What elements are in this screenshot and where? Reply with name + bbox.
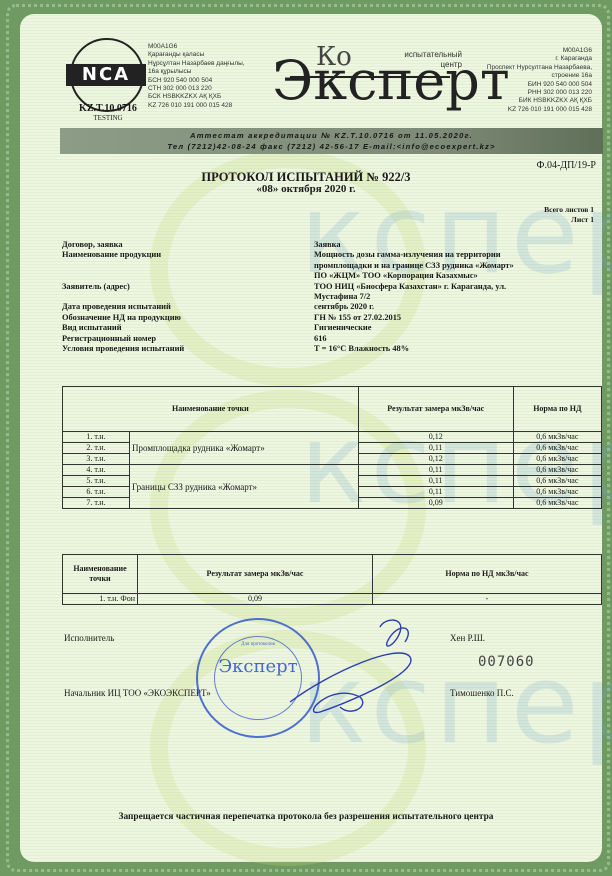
logo-subtitle-line: испытательный: [404, 50, 462, 60]
info-value: ГН № 155 от 27.02.2015: [314, 313, 582, 323]
info-value: Т = 16°С Влажность 48%: [314, 344, 582, 354]
logo-big-text: Эксперт: [272, 54, 510, 108]
col-header: Наименование точки: [63, 387, 359, 432]
result-cell: 0,11: [358, 476, 513, 487]
reprint-notice: Запрещается частичная перепечатка проток…: [0, 812, 612, 822]
sheet-count: Всего листов 1 Лист 1: [544, 205, 594, 225]
info-value: Мощность дозы гамма-излучения на террито…: [314, 250, 582, 281]
point-cell: 1. т.н.: [63, 432, 130, 443]
point-cell: 6. т.н.: [63, 487, 130, 498]
info-row: Регистрационный номер616: [62, 334, 582, 344]
info-label: Вид испытаний: [62, 323, 314, 333]
point-cell: 3. т.н.: [63, 454, 130, 465]
col-header: Результат замера мкЗв/час: [358, 387, 513, 432]
info-value: сентябрь 2020 г.: [314, 302, 582, 312]
head-label: Начальник ИЦ ТОО «ЭКОЭКСПЕРТ»: [64, 688, 211, 698]
table-row: 1. т.н. Фон0,09-: [63, 594, 602, 605]
ecoexpert-logo: Ко Эксперт испытательный центр: [272, 42, 462, 112]
group-cell: Границы СЗЗ рудника «Жомарт»: [130, 465, 359, 509]
result-cell: 0,12: [358, 454, 513, 465]
address-line: Қарағанды қаласы: [148, 51, 245, 59]
col-header: Наименование точки: [63, 555, 138, 594]
norm-cell: 0,6 мкЗв/час: [513, 476, 601, 487]
point-cell: 7. т.н.: [63, 498, 130, 509]
measurements-table: Наименование точкиРезультат замера мкЗв/…: [62, 386, 602, 509]
address-line: Нұрсұлтан Назарбаев даңғылы,: [148, 60, 245, 68]
sheets-total: Всего листов 1: [544, 205, 594, 215]
info-row: Наименование продукцииМощность дозы гамм…: [62, 250, 582, 281]
signature-scribbles: [230, 612, 430, 732]
info-label: Наименование продукции: [62, 250, 314, 281]
col-header: Норма по НД: [513, 387, 601, 432]
address-line: KZ 726 010 191 000 015 428: [148, 102, 245, 110]
logo-subtitle: испытательный центр: [404, 50, 462, 70]
address-kz: М00А1G6 Қарағанды қаласы Нұрсұлтан Назар…: [148, 43, 245, 110]
info-row: Заявитель (адрес)ТОО НИЦ «Биосфера Казах…: [62, 282, 582, 303]
info-label: Договор, заявка: [62, 240, 314, 250]
serial-number: 007060: [478, 654, 535, 670]
table-row: 1. т.н.Промплощадка рудника «Жомарт»0,12…: [63, 432, 602, 443]
info-row: Условия проведения испытанийТ = 16°С Вла…: [62, 344, 582, 354]
address-line: БСН 920 540 000 504: [148, 77, 245, 85]
info-row: Вид испытанийГигиенические: [62, 323, 582, 333]
address-line: KZ 726 010 191 000 015 428: [487, 106, 592, 114]
address-line: РНН 302 000 013 220: [487, 89, 592, 97]
address-line: г. Караганда: [487, 55, 592, 63]
address-line: М00А1G6: [487, 47, 592, 55]
testing-label: TESTING: [62, 114, 154, 122]
address-line: строение 16а: [487, 72, 592, 80]
executor-name: Хен Р.Ш.: [450, 633, 485, 643]
background-table: Наименование точкиРезультат замера мкЗв/…: [62, 554, 602, 605]
point-cell: 1. т.н. Фон: [63, 594, 138, 605]
norm-cell: 0,6 мкЗв/час: [513, 432, 601, 443]
table-row: 4. т.н.Границы СЗЗ рудника «Жомарт»0,110…: [63, 465, 602, 476]
norm-cell: 0,6 мкЗв/час: [513, 498, 601, 509]
address-line: Проспект Нурсултана Назарбаева,: [487, 64, 592, 72]
address-line: БСК HSBKKZKX АҚ ҚХБ: [148, 93, 245, 101]
logo-underline: [290, 76, 450, 78]
norm-cell: 0,6 мкЗв/час: [513, 487, 601, 498]
logo-subtitle-line: центр: [404, 60, 462, 70]
address-line: БИК HSBKKZKX АҚ ҚХБ: [487, 97, 592, 105]
address-line: БИН 920 540 000 504: [487, 81, 592, 89]
info-value: Заявка: [314, 240, 582, 250]
info-label: Обозначение НД на продукцию: [62, 313, 314, 323]
address-line: СТН 302 000 013 220: [148, 85, 245, 93]
norm-cell: 0,6 мкЗв/час: [513, 465, 601, 476]
norm-cell: -: [373, 594, 602, 605]
result-cell: 0,09: [138, 594, 373, 605]
result-cell: 0,11: [358, 443, 513, 454]
group-cell: Промплощадка рудника «Жомарт»: [130, 432, 359, 465]
norm-cell: 0,6 мкЗв/час: [513, 454, 601, 465]
point-cell: 4. т.н.: [63, 465, 130, 476]
protocol-info: Договор, заявкаЗаявкаНаименование продук…: [62, 240, 582, 354]
result-cell: 0,11: [358, 465, 513, 476]
result-cell: 0,11: [358, 487, 513, 498]
col-header: Результат замера мкЗв/час: [138, 555, 373, 594]
info-value: ТОО НИЦ «Биосфера Казахстан» г. Караганд…: [314, 282, 582, 303]
sheet-current: Лист 1: [544, 215, 594, 225]
result-cell: 0,12: [358, 432, 513, 443]
norm-cell: 0,6 мкЗв/час: [513, 443, 601, 454]
info-row: Дата проведения испытанийсентябрь 2020 г…: [62, 302, 582, 312]
banner-contacts: Тел (7212)42-08-24 факс (7212) 42-56-17 …: [60, 141, 603, 152]
info-label: Дата проведения испытаний: [62, 302, 314, 312]
nca-logo: NCA: [66, 64, 146, 86]
address-line: 16а құрылысы: [148, 68, 245, 76]
info-label: Заявитель (адрес): [62, 282, 314, 303]
info-label: Регистрационный номер: [62, 334, 314, 344]
result-cell: 0,09: [358, 498, 513, 509]
info-row: Обозначение НД на продукциюГН № 155 от 2…: [62, 313, 582, 323]
info-value: 616: [314, 334, 582, 344]
protocol-date: «08» октября 2020 г.: [0, 183, 612, 195]
address-line: М00А1G6: [148, 43, 245, 51]
col-header: Норма по НД мкЗв/час: [373, 555, 602, 594]
point-cell: 5. т.н.: [63, 476, 130, 487]
point-cell: 2. т.н.: [63, 443, 130, 454]
accreditation-banner: Аттестат аккредитации № KZ.T.10.0716 от …: [60, 128, 603, 154]
info-label: Условия проведения испытаний: [62, 344, 314, 354]
executor-label: Исполнитель: [64, 633, 114, 643]
banner-accreditation: Аттестат аккредитации № KZ.T.10.0716 от …: [60, 130, 603, 141]
head-name: Тимошенко П.С.: [450, 688, 514, 698]
info-value: Гигиенические: [314, 323, 582, 333]
info-row: Договор, заявкаЗаявка: [62, 240, 582, 250]
accreditation-code: KZ.T.10.0716: [62, 103, 154, 114]
address-ru: М00А1G6 г. Караганда Проспект Нурсултана…: [487, 47, 592, 114]
